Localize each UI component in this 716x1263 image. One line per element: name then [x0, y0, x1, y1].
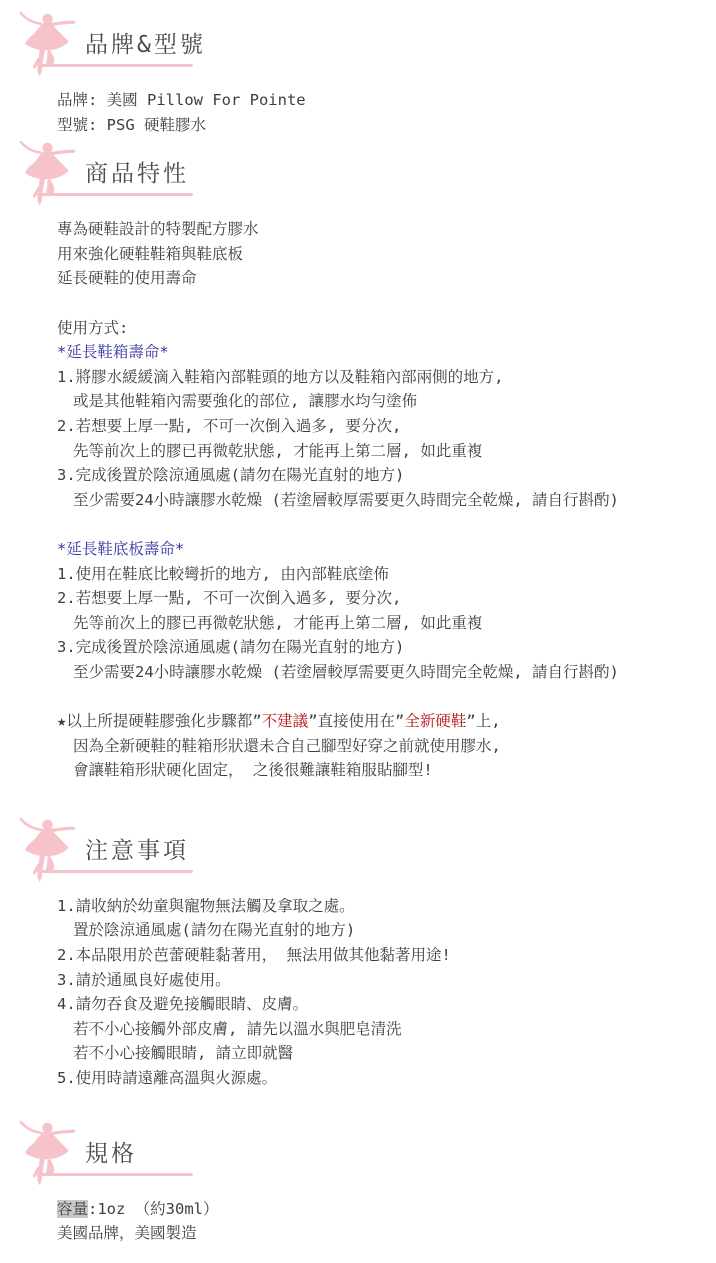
body-text: 4.請勿吞食及避免接觸眼睛、皮膚。: [57, 995, 308, 1013]
body-text: 先等前次上的膠已再微乾狀態, 才能再上第二層, 如此重複: [73, 614, 482, 632]
text-line: 3.完成後置於陰涼通風處(請勿在陽光直射的地方): [57, 463, 706, 488]
text-line: 或是其他鞋箱內需要強化的部位, 讓膠水均勻塗佈: [57, 389, 706, 414]
text-line: 美國品牌，美國製造: [57, 1221, 706, 1246]
body-text: 2.若想要上厚一點, 不可一次倒入過多, 要分次,: [57, 417, 401, 435]
title-underline: [37, 870, 193, 873]
body-text: :1oz （約30ml）: [88, 1200, 219, 1218]
text-line: 4.請勿吞食及避免接觸眼睛、皮膚。: [57, 992, 706, 1017]
text-line: 3.完成後置於陰涼通風處(請勿在陽光直射的地方): [57, 635, 706, 660]
body-text: 2.若想要上厚一點, 不可一次倒入過多, 要分次,: [57, 589, 401, 607]
text-line: 先等前次上的膠已再微乾狀態, 才能再上第二層, 如此重複: [57, 611, 706, 636]
warning-text: 全新硬鞋: [404, 712, 466, 730]
title-underline: [37, 193, 193, 196]
text-line: 2.本品限用於芭蕾硬鞋黏著用， 無法用做其他黏著用途!: [57, 943, 706, 968]
text-line: 2.若想要上厚一點, 不可一次倒入過多, 要分次,: [57, 586, 706, 611]
body-text: 會讓鞋箱形狀硬化固定， 之後很難讓鞋箱服貼腳型!: [73, 761, 433, 779]
section-title-specs: 規格: [85, 1135, 137, 1168]
section-title-brand: 品牌&型號: [85, 26, 206, 59]
text-line: 容量:1oz （約30ml）: [57, 1197, 706, 1222]
text-line: 1.將膠水緩緩滴入鞋箱內部鞋頭的地方以及鞋箱內部兩側的地方,: [57, 365, 706, 390]
section-brand: 品牌&型號 品牌: 美國 Pillow For Pointe型號: PSG 硬鞋…: [0, 0, 716, 137]
text-line: 延長硬鞋的使用壽命: [57, 266, 706, 291]
text-line: 用來強化硬鞋鞋箱與鞋底板: [57, 242, 706, 267]
ballerina-icon: [18, 141, 76, 207]
text-line: 置於陰涼通風處(請勿在陽光直射的地方): [57, 918, 706, 943]
body-text: 1.將膠水緩緩滴入鞋箱內部鞋頭的地方以及鞋箱內部兩側的地方,: [57, 368, 504, 386]
section-title-features: 商品特性: [85, 155, 189, 188]
section-body-notes: 1.請收納於幼童與寵物無法觸及拿取之處。置於陰涼通風處(請勿在陽光直射的地方)2…: [0, 894, 716, 1091]
text-line: 型號: PSG 硬鞋膠水: [57, 113, 706, 138]
section-header-features: 商品特性: [0, 141, 716, 207]
text-line: 至少需要24小時讓膠水乾燥 (若塗層較厚需要更久時間完全乾燥, 請自行斟酌): [57, 660, 706, 685]
ballerina-icon: [18, 1121, 76, 1187]
body-text: 若不小心接觸眼睛, 請立即就醫: [73, 1044, 293, 1062]
text-line: *延長鞋箱壽命*: [57, 340, 706, 365]
body-text: 或是其他鞋箱內需要強化的部位, 讓膠水均勻塗佈: [73, 392, 417, 410]
body-text: 至少需要24小時讓膠水乾燥 (若塗層較厚需要更久時間完全乾燥, 請自行斟酌): [73, 491, 619, 509]
text-line: 1.使用在鞋底比較彎折的地方, 由內部鞋底塗佈: [57, 562, 706, 587]
body-text: 3.完成後置於陰涼通風處(請勿在陽光直射的地方): [57, 638, 404, 656]
body-text: 2.本品限用於芭蕾硬鞋黏著用， 無法用做其他黏著用途!: [57, 946, 451, 964]
section-specs: 規格 容量:1oz （約30ml）美國品牌，美國製造: [0, 1091, 716, 1246]
subheading-text: *延長鞋箱壽命*: [57, 343, 169, 361]
text-line: 專為硬鞋設計的特製配方膠水: [57, 217, 706, 242]
section-header-brand: 品牌&型號: [0, 12, 716, 78]
body-text: 5.使用時請遠離高溫與火源處。: [57, 1069, 277, 1087]
blank-line: [57, 684, 706, 709]
title-underline: [37, 64, 193, 67]
highlighted-text: 容量: [57, 1200, 88, 1218]
body-text: 延長硬鞋的使用壽命: [57, 269, 197, 287]
body-text: 若不小心接觸外部皮膚, 請先以溫水與肥皂清洗: [73, 1020, 402, 1038]
title-underline: [37, 1173, 193, 1176]
body-text: 專為硬鞋設計的特製配方膠水: [57, 220, 259, 238]
text-line: 3.請於通風良好處使用。: [57, 968, 706, 993]
text-line: 若不小心接觸眼睛, 請立即就醫: [57, 1041, 706, 1066]
section-header-specs: 規格: [0, 1121, 716, 1187]
body-text: 型號: PSG 硬鞋膠水: [57, 116, 206, 134]
section-features: 商品特性 專為硬鞋設計的特製配方膠水用來強化硬鞋鞋箱與鞋底板延長硬鞋的使用壽命使…: [0, 137, 716, 783]
body-text: 品牌: 美國 Pillow For Pointe: [57, 91, 306, 109]
subheading-text: *延長鞋底板壽命*: [57, 540, 184, 558]
section-header-notes: 注意事項: [0, 818, 716, 884]
body-text: 美國品牌，美國製造: [57, 1224, 197, 1242]
text-line: 至少需要24小時讓膠水乾燥 (若塗層較厚需要更久時間完全乾燥, 請自行斟酌): [57, 488, 706, 513]
text-line: ★以上所提硬鞋膠強化步驟都”不建議”直接使用在”全新硬鞋”上,: [57, 709, 706, 734]
body-text: 因為全新硬鞋的鞋箱形狀還未合自己腳型好穿之前就使用膠水,: [73, 737, 501, 755]
text-line: 2.若想要上厚一點, 不可一次倒入過多, 要分次,: [57, 414, 706, 439]
body-text: ★以上所提硬鞋膠強化步驟都”: [57, 712, 262, 730]
blank-line: [57, 291, 706, 316]
body-text: 3.請於通風良好處使用。: [57, 971, 231, 989]
ballerina-icon: [18, 12, 76, 78]
blank-line: [57, 512, 706, 537]
text-line: 品牌: 美國 Pillow For Pointe: [57, 88, 706, 113]
text-line: 先等前次上的膠已再微乾狀態, 才能再上第二層, 如此重複: [57, 439, 706, 464]
body-text: 1.使用在鞋底比較彎折的地方, 由內部鞋底塗佈: [57, 565, 389, 583]
text-line: 使用方式:: [57, 316, 706, 341]
text-line: 1.請收納於幼童與寵物無法觸及拿取之處。: [57, 894, 706, 919]
warning-text: 不建議: [262, 712, 309, 730]
section-body-features: 專為硬鞋設計的特製配方膠水用來強化硬鞋鞋箱與鞋底板延長硬鞋的使用壽命使用方式:*…: [0, 217, 716, 783]
ballerina-icon: [18, 818, 76, 884]
section-notes: 注意事項 1.請收納於幼童與寵物無法觸及拿取之處。置於陰涼通風處(請勿在陽光直射…: [0, 783, 716, 1091]
body-text: 使用方式:: [57, 319, 128, 337]
text-line: 若不小心接觸外部皮膚, 請先以溫水與肥皂清洗: [57, 1017, 706, 1042]
body-text: ”直接使用在”: [308, 712, 404, 730]
text-line: 5.使用時請遠離高溫與火源處。: [57, 1066, 706, 1091]
section-body-brand: 品牌: 美國 Pillow For Pointe型號: PSG 硬鞋膠水: [0, 88, 716, 137]
body-text: 1.請收納於幼童與寵物無法觸及拿取之處。: [57, 897, 355, 915]
section-body-specs: 容量:1oz （約30ml）美國品牌，美國製造: [0, 1197, 716, 1246]
body-text: ”上,: [466, 712, 500, 730]
text-line: 會讓鞋箱形狀硬化固定， 之後很難讓鞋箱服貼腳型!: [57, 758, 706, 783]
body-text: 置於陰涼通風處(請勿在陽光直射的地方): [73, 921, 355, 939]
product-description-page: 品牌&型號 品牌: 美國 Pillow For Pointe型號: PSG 硬鞋…: [0, 0, 716, 1263]
text-line: 因為全新硬鞋的鞋箱形狀還未合自己腳型好穿之前就使用膠水,: [57, 734, 706, 759]
body-text: 至少需要24小時讓膠水乾燥 (若塗層較厚需要更久時間完全乾燥, 請自行斟酌): [73, 663, 619, 681]
body-text: 用來強化硬鞋鞋箱與鞋底板: [57, 245, 243, 263]
text-line: *延長鞋底板壽命*: [57, 537, 706, 562]
body-text: 先等前次上的膠已再微乾狀態, 才能再上第二層, 如此重複: [73, 442, 482, 460]
section-title-notes: 注意事項: [85, 832, 189, 865]
body-text: 3.完成後置於陰涼通風處(請勿在陽光直射的地方): [57, 466, 404, 484]
